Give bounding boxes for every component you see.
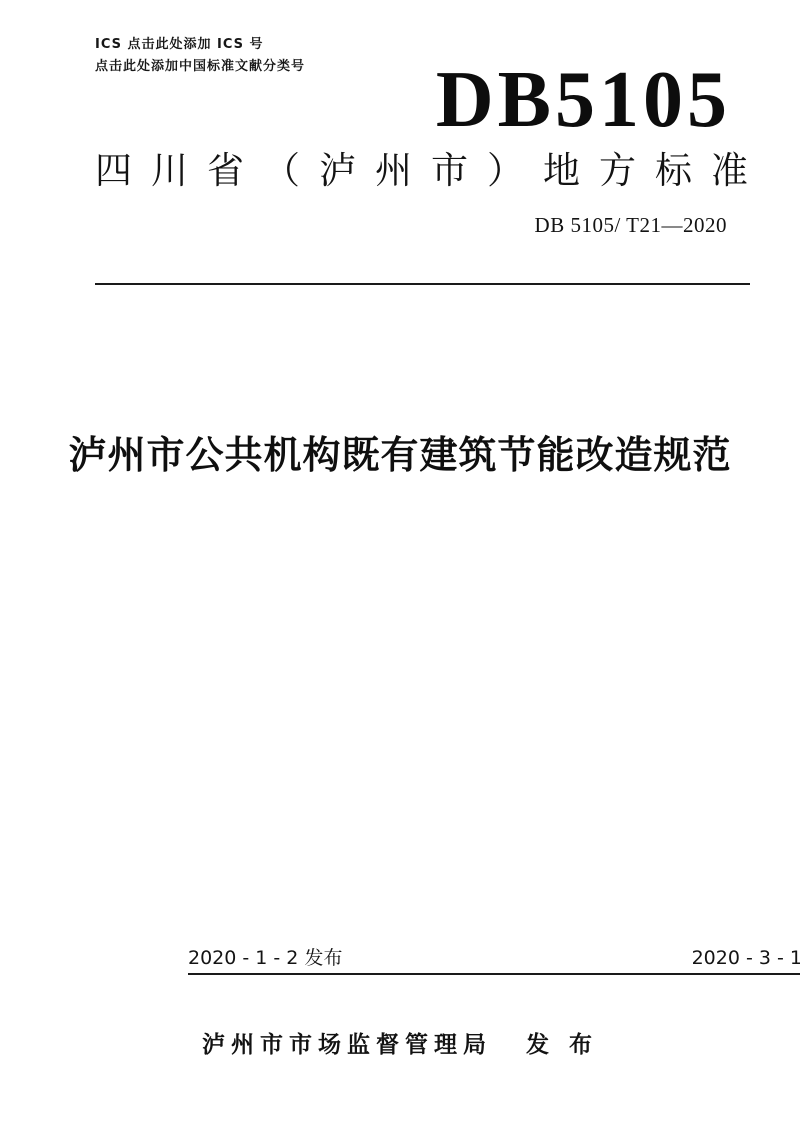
publisher-row: 泸州市市场监督管理局 发 布 (0, 1026, 800, 1059)
ics-placeholder-line: ICS 点击此处添加 ICS 号 (95, 34, 305, 56)
standard-code: DB5105 (436, 60, 731, 140)
ics-classification-block: ICS 点击此处添加 ICS 号 点击此处添加中国标准文献分类号 (95, 34, 305, 78)
standard-number: DB 5105/ T21—2020 (535, 213, 727, 238)
header-divider-line (95, 283, 750, 285)
standard-cover-page: ICS 点击此处添加 ICS 号 点击此处添加中国标准文献分类号 DB5105 … (0, 0, 800, 1130)
issue-date: 2020 - 1 - 2 发布 (188, 946, 342, 970)
publisher-name: 泸州市市场监督管理局 (202, 1026, 492, 1059)
standard-type-line: 四川省（泸州市）地方标准 (95, 151, 748, 192)
document-title: 泸州市公共机构既有建筑节能改造规范 (0, 424, 800, 479)
date-row: 2020 - 1 - 2 发布 2020 - 3 - 1 (188, 946, 800, 975)
implementation-date: 2020 - 3 - 1 (692, 946, 800, 970)
ccs-placeholder-line: 点击此处添加中国标准文献分类号 (95, 56, 305, 78)
publish-label: 发 布 (526, 1026, 598, 1059)
